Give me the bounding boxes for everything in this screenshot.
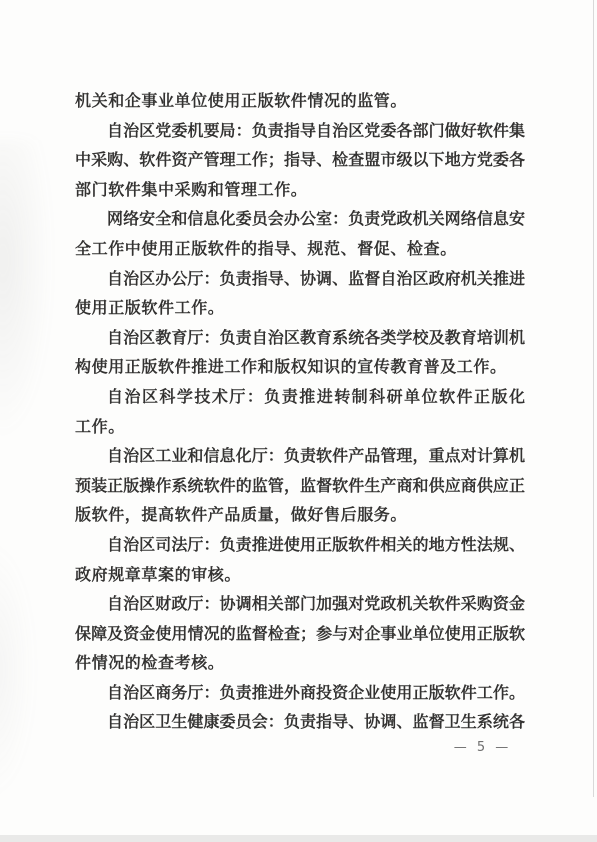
text-line: 版软件，提高软件产品质量，做好售后服务。 — [75, 500, 525, 530]
text-line: 自治区卫生健康委员会：负责指导、协调、监督卫生系统各 — [75, 707, 525, 737]
text-line: 保障及资金使用情况的监督检查；参与对企事业单位使用正版软 — [75, 619, 525, 649]
text-line: 自治区司法厅：负责推进使用正版软件相关的地方性法规、 — [75, 530, 525, 560]
text-line: 自治区工业和信息化厅：负责软件产品管理，重点对计算机 — [75, 441, 525, 471]
text-line: 机关和企事业单位使用正版软件情况的监管。 — [75, 86, 525, 116]
text-line: 全工作中使用正版软件的指导、规范、督促、检查。 — [75, 234, 525, 264]
text-line: 自治区办公厅：负责指导、协调、监督自治区政府机关推进 — [75, 264, 525, 294]
text-line: 自治区财政厅：协调相关部门加强对党政机关软件采购资金 — [75, 589, 525, 619]
scan-artifact-bottom-band — [0, 835, 597, 842]
text-line: 构使用正版软件推进工作和版权知识的宣传教育普及工作。 — [75, 352, 525, 382]
scan-artifact-smudge — [0, 140, 52, 440]
text-line: 自治区科学技术厅：负责推进转制科研单位软件正版化 — [75, 382, 525, 412]
text-line: 工作。 — [75, 412, 525, 442]
text-line: 自治区党委机要局：负责指导自治区党委各部门做好软件集 — [75, 116, 525, 146]
text-line: 自治区教育厅：负责自治区教育系统各类学校及教育培训机 — [75, 323, 525, 353]
text-line: 部门软件集中采购和管理工作。 — [75, 175, 525, 205]
scanned-document-page: 机关和企事业单位使用正版软件情况的监管。自治区党委机要局：负责指导自治区党委各部… — [0, 0, 597, 842]
text-line: 使用正版软件工作。 — [75, 293, 525, 323]
text-line: 政府规章草案的审核。 — [75, 560, 525, 590]
text-line: 中采购、软件资产管理工作；指导、检查盟市级以下地方党委各 — [75, 145, 525, 175]
scan-artifact-edge — [593, 0, 594, 797]
text-line: 自治区商务厅：负责推进外商投资企业使用正版软件工作。 — [75, 678, 525, 708]
scan-artifact-smudge — [0, 540, 35, 800]
text-line: 网络安全和信息化委员会办公室：负责党政机关网络信息安 — [75, 204, 525, 234]
text-line: 预装正版操作系统软件的监管，监督软件生产商和供应商供应正 — [75, 471, 525, 501]
text-line: 件情况的检查考核。 — [75, 648, 525, 678]
document-text: 机关和企事业单位使用正版软件情况的监管。自治区党委机要局：负责指导自治区党委各部… — [75, 86, 525, 737]
page-number: — 5 — — [445, 740, 520, 755]
